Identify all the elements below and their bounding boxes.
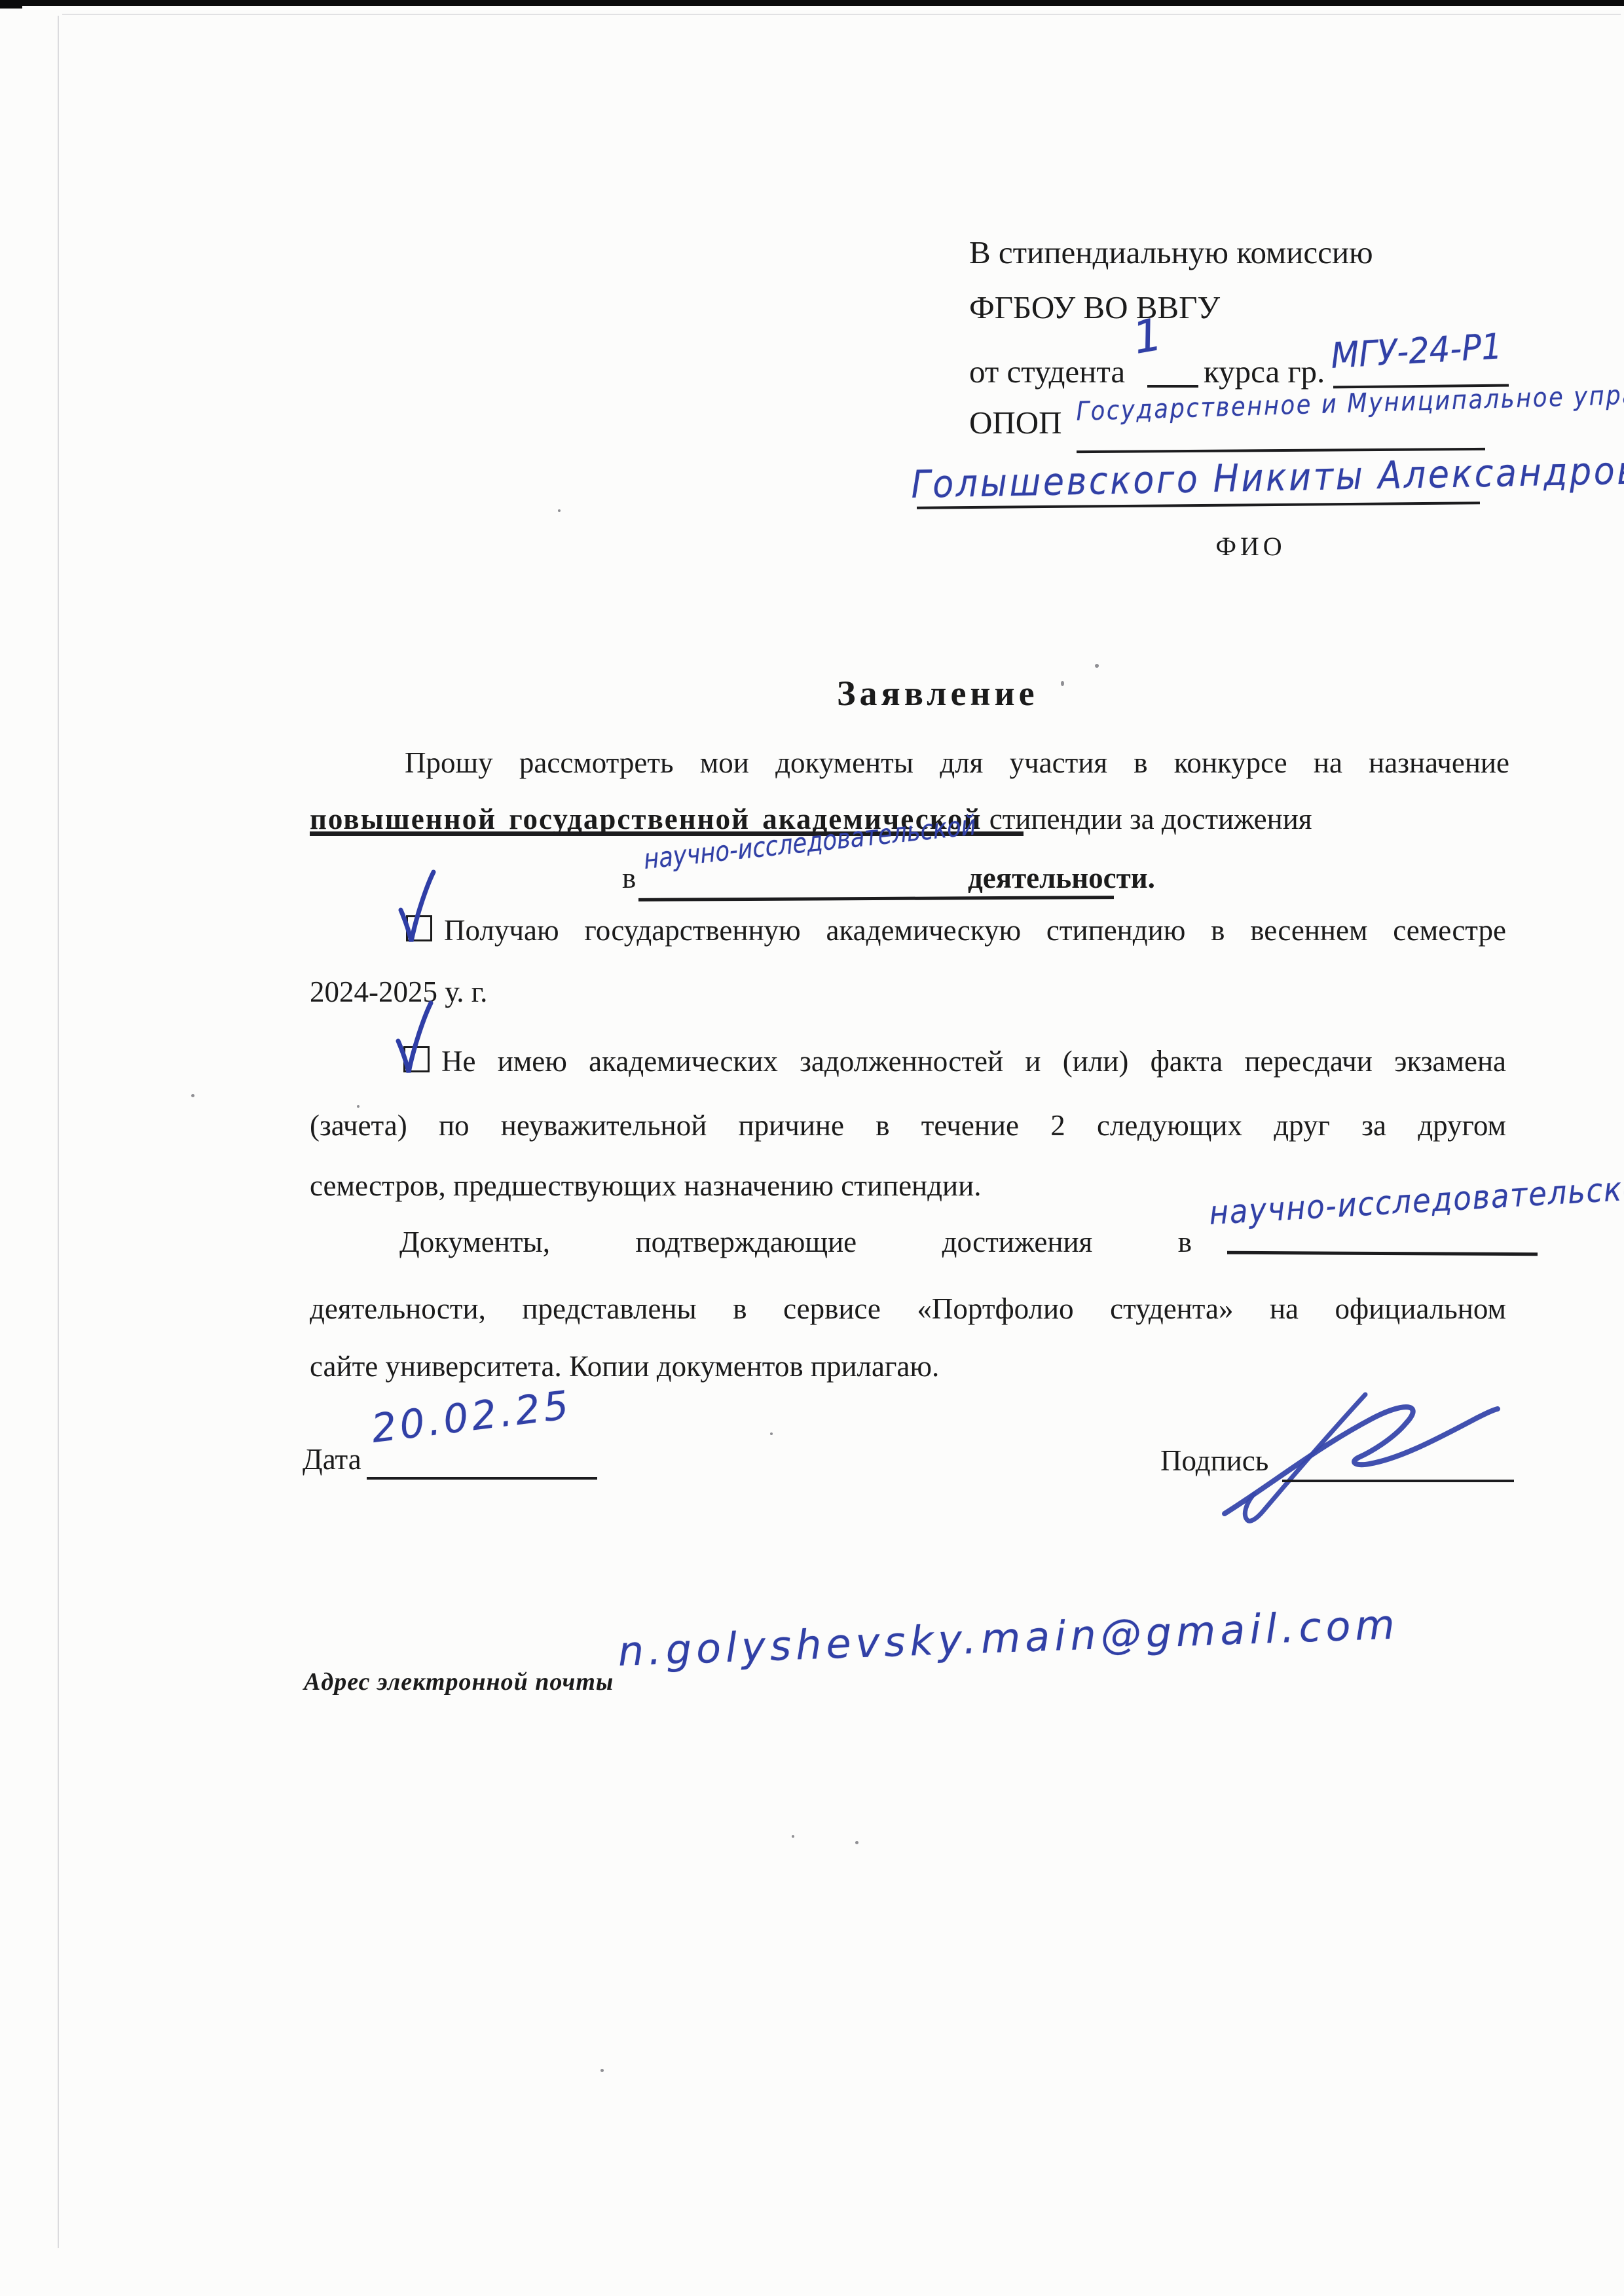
opop-label: ОПОП	[969, 405, 1062, 441]
fio-caption: ФИО	[1113, 532, 1388, 562]
scan-speck	[1095, 664, 1099, 668]
documents-activity-underline	[1227, 1251, 1538, 1256]
scan-speck	[770, 1432, 773, 1435]
checkbox2-line-1: Не имею академических задолженностей и (…	[441, 1045, 1506, 1079]
activity-suffix-bold: деятельности.	[968, 862, 1155, 896]
activity-prefix: в	[622, 862, 636, 896]
scan-speck	[357, 1105, 360, 1108]
email-label: Адрес электронной почты	[304, 1668, 614, 1697]
scan-page-edge-vertical	[58, 16, 59, 2248]
date-value-handwritten: 20.02.25	[369, 1382, 574, 1452]
documents-line-2: деятельности, представлены в сервисе «По…	[310, 1292, 1506, 1326]
date-underline	[367, 1477, 597, 1480]
scan-top-edge	[0, 0, 1624, 6]
checkbox2-line-2: (зачета) по неуважительной причине в теч…	[310, 1109, 1506, 1143]
request-line-2-rest: стипендии за достижения	[989, 803, 1312, 835]
scan-page-edge-horizontal	[62, 14, 1621, 15]
student-line-middle: курса гр.	[1204, 354, 1325, 390]
signature-stroke	[1208, 1383, 1522, 1523]
date-label: Дата	[303, 1443, 361, 1477]
recipient-line-1: В стипендиальную комиссию	[969, 234, 1373, 271]
documents-activity-handwritten: научно-исследовательской	[1208, 1168, 1624, 1232]
documents-line-1: Документы, подтверждающие достижения в	[399, 1226, 1192, 1260]
documents-line-3: сайте университета. Копии документов при…	[310, 1350, 939, 1384]
activity-underline	[638, 896, 1114, 902]
scan-speck	[191, 1094, 194, 1097]
recipient-line-2: ФГБОУ ВО ВВГУ	[969, 289, 1220, 326]
student-line-prefix: от студента	[969, 354, 1125, 390]
application-title: Заявление	[837, 673, 1039, 714]
scan-speck	[600, 2069, 604, 2072]
signature-underline	[1282, 1480, 1514, 1482]
scan-speck	[1061, 681, 1064, 686]
checkmark-receiving-stipend-icon	[393, 868, 440, 955]
scan-speck	[792, 1835, 794, 1838]
checkbox1-line-1: Получаю государственную академическую ст…	[444, 914, 1506, 948]
checkbox2-line-3: семестров, предшествующих назначению сти…	[310, 1169, 981, 1203]
course-underline	[1147, 385, 1198, 388]
group-code-handwritten: МГУ-24-Р1	[1330, 325, 1503, 376]
email-value-handwritten: n.golyshevsky.main@gmail.com	[617, 1600, 1399, 1675]
scan-speck	[855, 1841, 858, 1844]
scan-speck	[558, 509, 561, 512]
student-name-handwritten: Голышевского Никиты Александровича	[911, 446, 1624, 507]
scanned-application-page: В стипендиальную комиссию ФГБОУ ВО ВВГУ …	[0, 0, 1624, 2296]
scan-top-corner	[0, 0, 22, 9]
request-line-1: Прошу рассмотреть мои документы для учас…	[405, 746, 1509, 780]
checkmark-no-debts-icon	[390, 999, 437, 1085]
